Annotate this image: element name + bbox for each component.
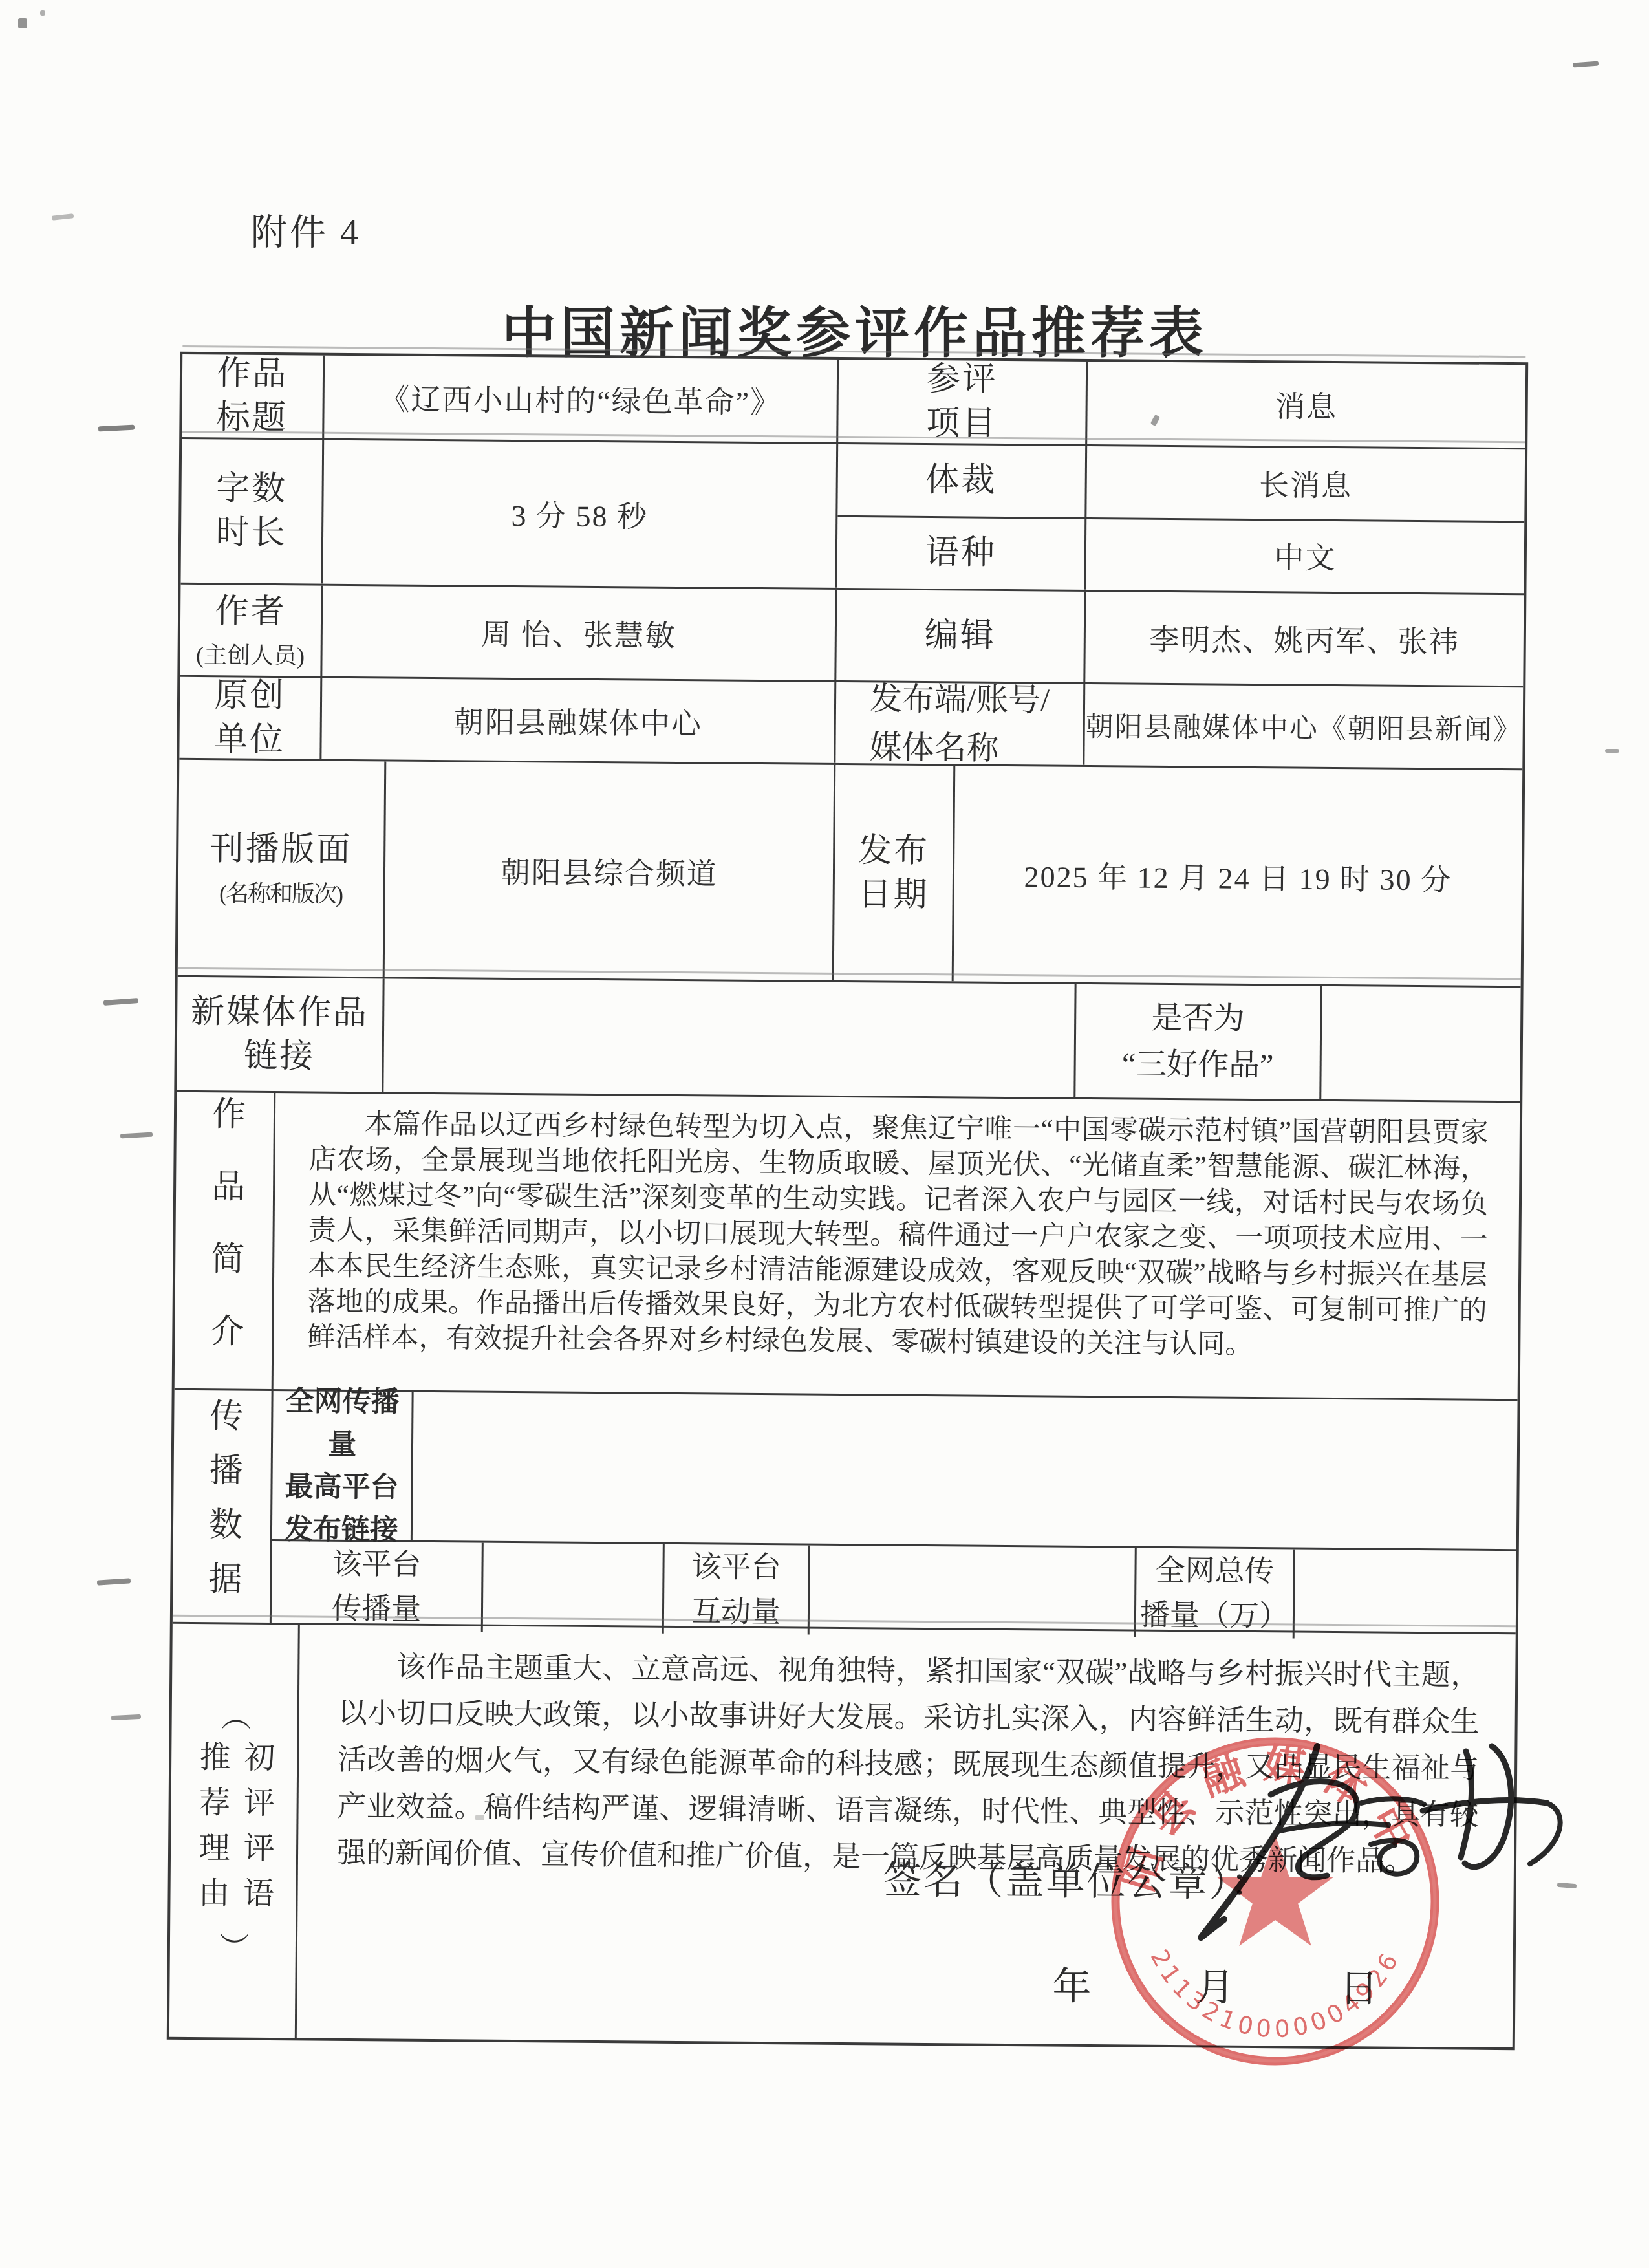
entry-category-value: 消息 (1275, 383, 1338, 426)
row-work-summary: 作品简介 本篇作品以辽西乡村绿色转型为切入点，聚焦辽宁唯一“中国零碳示范村镇”国… (175, 1092, 1520, 1401)
scanned-form-page: 附件 4 中国新闻奖参评作品推荐表 作品 标题 《辽西小山村的“绿色革命”》 参… (0, 0, 1649, 2268)
language-value: 中文 (1274, 534, 1337, 578)
label-paren-close: ） (218, 1932, 248, 1961)
scan-artifact (40, 10, 45, 16)
duration-label: 字数 时长 (215, 468, 287, 556)
origin-unit-label: 原创 单位 (214, 674, 286, 762)
row-newmedia-link: 新媒体作品 链接 是否为 “三好作品” (177, 977, 1520, 1103)
row-dissemination-data: 传播数据 全网传播量 最高平台 发布链接 该平台 传播量 该平台 互动量 全网总… (173, 1390, 1518, 1634)
scan-artifact (1605, 749, 1619, 753)
scan-artifact (103, 998, 138, 1006)
work-title-value: 《辽西小山村的“绿色革命”》 (380, 376, 781, 422)
publish-date-label: 发布 日期 (857, 829, 929, 917)
publication-page-value: 朝阳县综合频道 (501, 848, 718, 893)
three-good-label: 是否为 “三好作品” (1122, 995, 1275, 1089)
newmedia-link-label: 新媒体作品 链接 (190, 990, 369, 1079)
author-label: 作者 (215, 590, 286, 634)
handwritten-signature (999, 1649, 1613, 2024)
publish-date-value: 2025 年 12 月 24 日 19 时 30 分 (1024, 853, 1452, 899)
label-paren-open: （ (220, 1700, 250, 1730)
row-publication: 刊播版面 (名称和版次) 朝阳县综合频道 发布 日期 2025 年 12 月 2… (178, 760, 1523, 988)
work-summary-text: 本篇作品以辽西乡村绿色转型为切入点，聚焦辽宁唯一“中国零碳示范村镇”国营朝阳县贾… (274, 1093, 1520, 1371)
scan-artifact (120, 1132, 153, 1139)
work-summary-label: 作品简介 (199, 1096, 250, 1386)
duration-value: 3 分 58 秒 (511, 492, 648, 536)
publication-page-label: 刊播版面 (210, 827, 352, 872)
work-title-label: 作品 标题 (217, 352, 288, 440)
scan-artifact (52, 213, 74, 221)
genre-label: 体裁 (925, 459, 997, 502)
row-duration-genre: 字数 时长 3 分 58 秒 体裁 长消息 语种 中文 (180, 439, 1525, 595)
editor-label: 编辑 (925, 614, 997, 658)
label-col-initial-comment: 初评评语 (233, 1740, 279, 1922)
publication-page-sublabel: (名称和版次) (219, 875, 342, 909)
publish-channel-label: 发布端/账号/ 媒体名称 (869, 675, 1050, 773)
editor-value: 李明杰、姚丙军、张祎 (1149, 616, 1460, 662)
author-sublabel: (主创人员) (196, 637, 305, 671)
language-label: 语种 (925, 531, 997, 575)
row-origin-unit: 原创 单位 朝阳县融媒体中心 发布端/账号/ 媒体名称 朝阳县融媒体中心《朝阳县… (179, 677, 1523, 770)
publish-channel-value: 朝阳县融媒体中心《朝阳县新闻》 (1086, 705, 1522, 748)
entry-category-label: 参评 项目 (926, 358, 998, 446)
scan-artifact (98, 425, 135, 432)
label-col-recommend-reason: 推荐理由 (188, 1740, 234, 1922)
genre-value: 长消息 (1259, 462, 1353, 505)
dissemination-label: 传播数据 (197, 1398, 247, 1615)
scan-artifact (1573, 61, 1599, 68)
origin-unit-value: 朝阳县融媒体中心 (454, 698, 703, 743)
top-platform-link-label: 全网传播量 最高平台 发布链接 (272, 1380, 412, 1552)
scan-artifact (111, 1714, 141, 1720)
scan-artifact (18, 18, 27, 28)
author-value: 周 怡、张慧敏 (481, 611, 676, 655)
recommendation-label: （ 推荐理由 初评评语 ） (188, 1700, 279, 1962)
row-author-editor: 作者 (主创人员) 周 怡、张慧敏 编辑 李明杰、姚丙军、张祎 (180, 585, 1524, 687)
scan-artifact (97, 1578, 131, 1586)
attachment-label: 附件 4 (251, 204, 361, 255)
